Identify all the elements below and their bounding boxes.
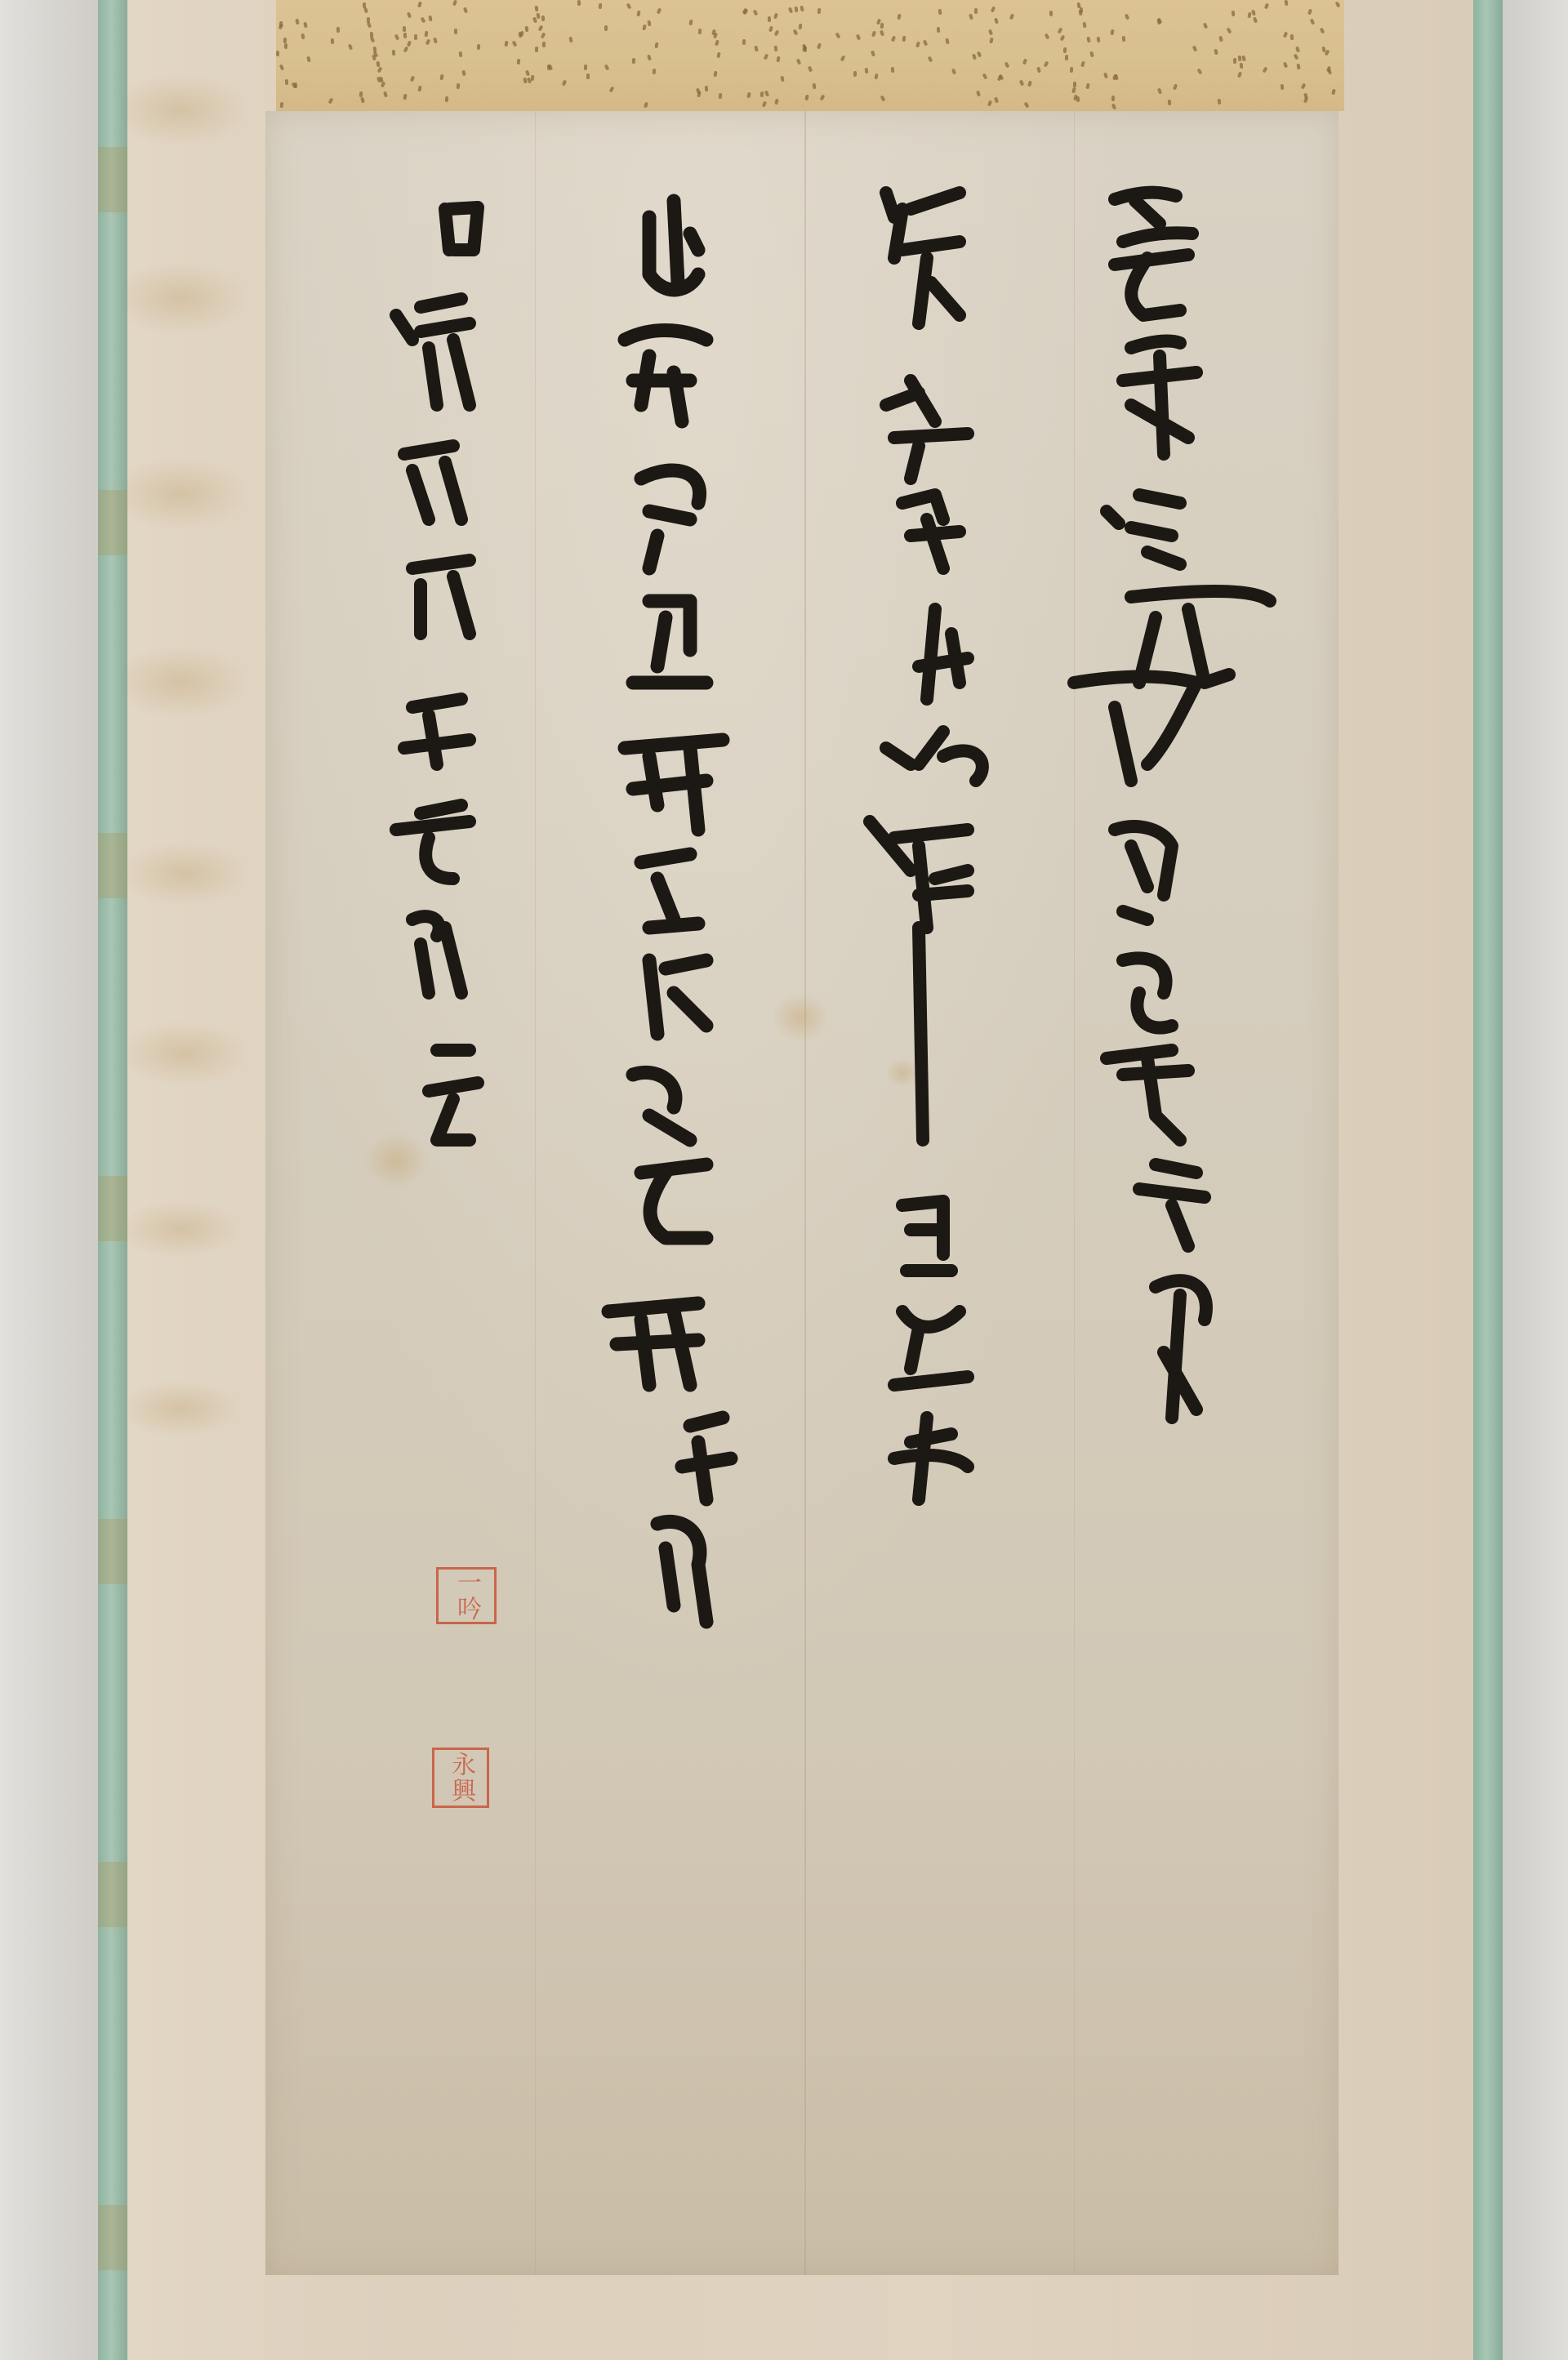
gold-fleck — [457, 83, 461, 89]
water-stain — [119, 1380, 242, 1437]
gold-fleck — [1049, 11, 1052, 16]
gold-fleck — [524, 70, 529, 77]
gold-fleck — [336, 27, 340, 33]
gold-fleck — [461, 70, 465, 77]
gold-fleck — [880, 95, 886, 101]
gold-fleck — [433, 38, 438, 44]
gold-fleck — [713, 71, 717, 78]
gold-fleck — [1122, 35, 1126, 41]
gold-fleck — [996, 75, 1002, 82]
gold-fleck — [301, 33, 305, 40]
gold-fleck — [403, 33, 408, 38]
gold-fleck — [648, 20, 652, 27]
gold-fleck — [798, 24, 802, 29]
gold-fleck — [989, 37, 994, 43]
gold-fleck — [1027, 80, 1032, 87]
gold-fleck — [376, 66, 382, 73]
wall-right — [1503, 0, 1568, 2360]
gold-fleck — [1264, 3, 1269, 10]
gold-fleck — [445, 96, 449, 102]
gold-fleck — [853, 70, 856, 76]
water-stain — [111, 645, 250, 719]
gold-fleck — [536, 12, 540, 19]
gold-fleck — [804, 47, 807, 52]
calligraphy-column-3 — [608, 201, 731, 1622]
gold-fleck — [987, 100, 992, 106]
gold-fleck — [604, 25, 607, 31]
gold-fleck — [644, 102, 648, 109]
gold-fleck — [278, 24, 284, 30]
gold-fleck — [1326, 69, 1331, 75]
gold-fleck — [1009, 14, 1014, 20]
gold-fleck — [538, 24, 544, 31]
gold-fleck — [697, 91, 702, 98]
gold-fleck — [1294, 53, 1299, 60]
gold-fleck — [304, 22, 309, 29]
gold-fleck — [742, 39, 746, 45]
gold-fleck — [516, 59, 520, 65]
gold-fleck — [1036, 66, 1041, 73]
gold-fleck — [1335, 1, 1341, 7]
gold-fleck — [394, 33, 399, 40]
gold-fleck — [636, 11, 640, 17]
gold-fleck — [525, 25, 529, 31]
calligraphy-column-1 — [1074, 193, 1270, 1418]
gold-fleck — [1103, 72, 1108, 78]
calligraphy-column-4 — [396, 207, 478, 1140]
calligraphy-column-2 — [870, 193, 982, 1499]
gold-fleck — [1168, 100, 1172, 105]
gold-fleck — [1111, 96, 1115, 101]
gold-fleck — [762, 100, 767, 107]
gold-fleck — [284, 43, 287, 49]
gold-fleck — [1069, 67, 1072, 73]
gold-fleck — [535, 47, 538, 52]
gold-fleck — [982, 73, 987, 80]
gold-fleck — [1022, 58, 1027, 65]
gold-fleck — [788, 7, 793, 13]
gold-fleck — [391, 50, 395, 56]
gold-fleck — [562, 80, 567, 87]
gold-fleck — [805, 95, 809, 101]
gold-fleck — [781, 75, 786, 82]
gold-fleck — [767, 16, 770, 22]
gold-fleck — [820, 94, 826, 100]
gold-fleck — [584, 65, 587, 70]
gold-fleck — [1325, 50, 1330, 56]
gold-fleck — [1290, 33, 1293, 39]
gold-fleck — [764, 54, 768, 60]
gold-fleck — [454, 29, 457, 34]
gold-fleck — [383, 91, 388, 97]
gold-fleck — [1331, 88, 1336, 95]
gold-fleck — [817, 8, 822, 14]
gold-fleck — [306, 56, 310, 62]
gold-fleck — [540, 32, 546, 38]
gold-fleck — [994, 17, 999, 24]
gold-fleck — [599, 3, 603, 9]
gold-fleck — [897, 14, 901, 20]
gold-fleck — [969, 14, 973, 20]
gold-fleck — [794, 7, 798, 13]
gold-fleck — [586, 73, 590, 79]
gold-fleck — [1024, 102, 1030, 109]
gold-fleck — [840, 55, 846, 61]
gold-fleck — [1065, 55, 1068, 60]
gold-fleck — [1019, 79, 1025, 86]
gold-fleck — [1214, 49, 1218, 56]
gold-fleck — [795, 58, 800, 65]
gold-fleck — [812, 83, 816, 89]
gold-fleck — [279, 102, 283, 108]
gold-fleck — [1280, 84, 1284, 90]
water-stain — [119, 841, 250, 906]
gold-fleck — [1282, 62, 1287, 69]
gold-fleck — [523, 77, 527, 83]
gold-fleck — [688, 19, 693, 25]
gold-fleck — [880, 22, 884, 28]
water-stain — [119, 1021, 250, 1086]
gold-fleck — [276, 51, 279, 56]
gold-fleck — [1059, 35, 1065, 42]
gold-fleck — [1263, 66, 1268, 73]
gold-fleck — [698, 28, 702, 33]
gold-fleck — [938, 9, 942, 15]
red-seal-lower: 永興 — [432, 1748, 489, 1808]
gold-fleck — [363, 7, 368, 13]
gold-fleck — [477, 44, 480, 50]
gold-fleck — [1297, 64, 1301, 70]
gold-fleck — [768, 26, 773, 33]
gold-fleck — [1240, 62, 1244, 68]
gold-fleck — [642, 24, 647, 30]
gold-fleck — [994, 96, 999, 103]
gold-fleck — [1125, 14, 1129, 20]
gold-fleck — [414, 34, 417, 40]
gold-fleck — [1071, 87, 1076, 94]
gold-fleck — [704, 86, 708, 91]
gold-fleck — [1218, 99, 1222, 105]
gold-fleck — [568, 37, 572, 43]
wall-left — [0, 0, 100, 2360]
gold-fleck — [1080, 60, 1085, 67]
gold-fleck — [717, 51, 721, 58]
gold-fleck — [654, 42, 658, 48]
gold-fleck — [951, 68, 956, 74]
gold-fleck — [604, 64, 609, 70]
gold-fleck — [512, 40, 518, 47]
gold-fleck — [285, 79, 288, 85]
gold-fleck — [1203, 22, 1208, 29]
gold-fleck — [534, 5, 538, 11]
gold-fleck — [653, 69, 657, 74]
gold-fleck — [1251, 10, 1256, 16]
gold-fleck — [459, 51, 463, 56]
gold-fleck — [764, 90, 768, 96]
gold-fleck — [927, 56, 933, 63]
gold-fleck — [870, 51, 875, 57]
gold-fleck — [871, 30, 876, 37]
gold-fleck — [407, 12, 412, 19]
gold-fleck — [1310, 18, 1315, 24]
gold-fleck — [647, 54, 652, 60]
gold-fleck — [452, 0, 457, 7]
gold-fleck — [410, 76, 415, 82]
gold-fleck — [1083, 21, 1087, 28]
gold-fleck — [1086, 83, 1090, 90]
gold-fleck — [774, 46, 778, 51]
gold-fleck — [1096, 37, 1100, 43]
gold-fleck — [1157, 87, 1162, 94]
water-stain — [111, 73, 250, 147]
gold-fleck — [428, 16, 432, 22]
gold-fleck — [328, 98, 334, 105]
gold-fleck — [891, 35, 896, 42]
gold-fleck — [1307, 8, 1312, 15]
gold-fleck — [856, 34, 861, 41]
gold-fleck — [974, 8, 978, 14]
gold-fleck — [923, 40, 929, 47]
water-stain — [111, 261, 250, 335]
gold-fleck — [331, 38, 334, 44]
gold-fleck — [1283, 31, 1288, 38]
gold-fleck — [295, 19, 299, 25]
gold-fleck — [1237, 72, 1242, 78]
gold-fleck — [1241, 56, 1246, 62]
gold-fleck — [1192, 46, 1198, 52]
gold-fleck — [1089, 51, 1094, 58]
gold-fleck — [360, 96, 365, 103]
gold-fleck — [531, 75, 535, 81]
gold-fleck — [1232, 11, 1236, 16]
gold-fleck — [774, 98, 779, 105]
gold-fleck — [1300, 83, 1306, 90]
gold-flecked-panel — [276, 0, 1344, 111]
gold-fleck — [367, 21, 372, 28]
red-seal-upper: 一吟 — [436, 1567, 497, 1624]
gold-fleck — [1295, 46, 1300, 52]
gold-fleck — [776, 56, 780, 62]
gold-fleck — [902, 36, 906, 42]
gold-fleck — [1044, 61, 1049, 68]
gold-fleck — [420, 17, 425, 24]
gold-fleck — [891, 67, 895, 73]
gold-fleck — [504, 41, 508, 47]
gold-fleck — [988, 29, 993, 35]
gold-fleck — [626, 2, 631, 9]
gold-fleck — [403, 46, 409, 52]
gold-fleck — [753, 9, 759, 16]
gold-fleck — [541, 16, 545, 21]
gold-fleck — [1111, 103, 1116, 109]
gold-fleck — [1319, 27, 1325, 33]
gold-fleck — [977, 91, 982, 97]
gold-fleck — [577, 0, 581, 6]
gold-fleck — [609, 87, 615, 93]
gold-fleck — [1253, 17, 1258, 24]
water-stain — [111, 457, 250, 531]
gold-fleck — [425, 39, 431, 46]
gold-fleck — [542, 42, 546, 47]
gold-fleck — [348, 43, 353, 50]
gold-fleck — [1284, 0, 1288, 7]
gold-fleck — [754, 46, 759, 52]
gold-fleck — [773, 13, 778, 20]
gold-fleck — [1004, 62, 1009, 69]
gold-fleck — [865, 68, 869, 73]
gold-fleck — [407, 40, 412, 47]
silk-edge-right — [1473, 0, 1503, 2360]
gold-fleck — [1227, 27, 1232, 33]
gold-fleck — [719, 93, 722, 99]
gold-fleck — [1173, 84, 1178, 91]
gold-fleck — [915, 42, 920, 48]
gold-fleck — [1086, 37, 1090, 43]
gold-fleck — [835, 33, 841, 39]
gold-fleck — [1248, 12, 1252, 19]
gold-fleck — [880, 30, 884, 37]
gold-fleck — [874, 73, 878, 80]
gold-fleck — [279, 65, 285, 71]
gold-fleck — [746, 92, 751, 99]
gold-fleck — [774, 30, 780, 37]
gold-fleck — [715, 40, 719, 47]
gold-fleck — [991, 6, 996, 12]
calligraphy-ink — [265, 111, 1339, 2275]
gold-fleck — [417, 1, 422, 7]
gold-fleck — [1063, 47, 1067, 53]
gold-fleck — [977, 51, 982, 57]
gold-fleck — [403, 94, 408, 100]
gold-fleck — [463, 7, 468, 14]
calligraphy-paper: 一吟 永興 — [265, 111, 1339, 2275]
gold-fleck — [793, 29, 799, 35]
gold-fleck — [425, 31, 429, 38]
gold-fleck — [945, 38, 949, 45]
gold-fleck — [657, 7, 661, 14]
gold-fleck — [1218, 36, 1223, 42]
gold-fleck — [1058, 28, 1063, 34]
gold-fleck — [1110, 29, 1114, 35]
gold-fleck — [1197, 68, 1203, 74]
gold-fleck — [817, 42, 822, 49]
gold-fleck — [808, 65, 813, 72]
gold-fleck — [760, 91, 764, 96]
silk-edge-left — [98, 0, 127, 2360]
gold-fleck — [403, 26, 406, 32]
gold-fleck — [439, 73, 443, 80]
gold-fleck — [417, 85, 421, 91]
gold-fleck — [937, 26, 940, 32]
gold-fleck — [632, 58, 635, 64]
gold-fleck — [370, 37, 376, 43]
gold-fleck — [713, 33, 718, 39]
gold-fleck — [1233, 58, 1236, 64]
gold-fleck — [1076, 2, 1080, 9]
gold-fleck — [1045, 33, 1050, 39]
gold-fleck — [800, 5, 804, 11]
water-stain — [119, 1200, 242, 1258]
gold-fleck — [972, 54, 977, 60]
